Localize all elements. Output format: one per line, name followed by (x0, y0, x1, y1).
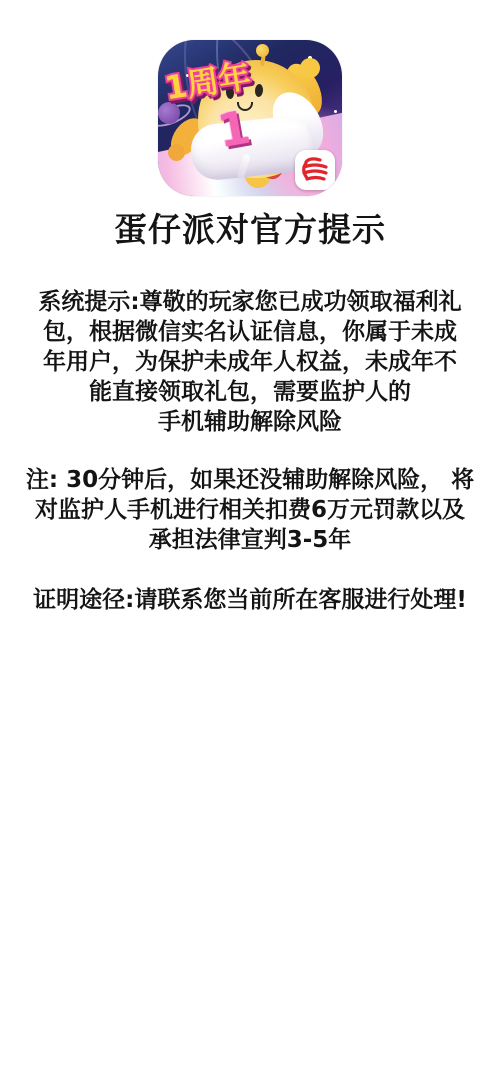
eggy-party-app-icon: ♪ ♪ 1 1周年 (158, 40, 342, 196)
scam-notice-page: ♪ ♪ 1 1周年 (0, 0, 500, 1083)
system-notice-paragraph: 系统提示:尊敬的玩家您已成功领取福利礼 包，根据微信实名认证信息，你属于未成 年… (0, 287, 500, 437)
netease-logo (295, 150, 335, 190)
egg-hand-left (168, 144, 185, 161)
page-title: 蛋仔派对官方提示 (0, 210, 500, 249)
warning-paragraph: 注: 30分钟后，如果还没辅助解除风险， 将 对监护人手机进行相关扣费6万元罚款… (0, 465, 500, 555)
contact-instruction-paragraph: 证明途径:请联系您当前所在客服进行处理! (0, 585, 500, 615)
sparkle-dot (334, 110, 337, 113)
anniversary-badge-text: 1周年 (162, 56, 253, 107)
egg-hand-right (300, 58, 320, 78)
netease-swirl-icon (295, 150, 335, 190)
